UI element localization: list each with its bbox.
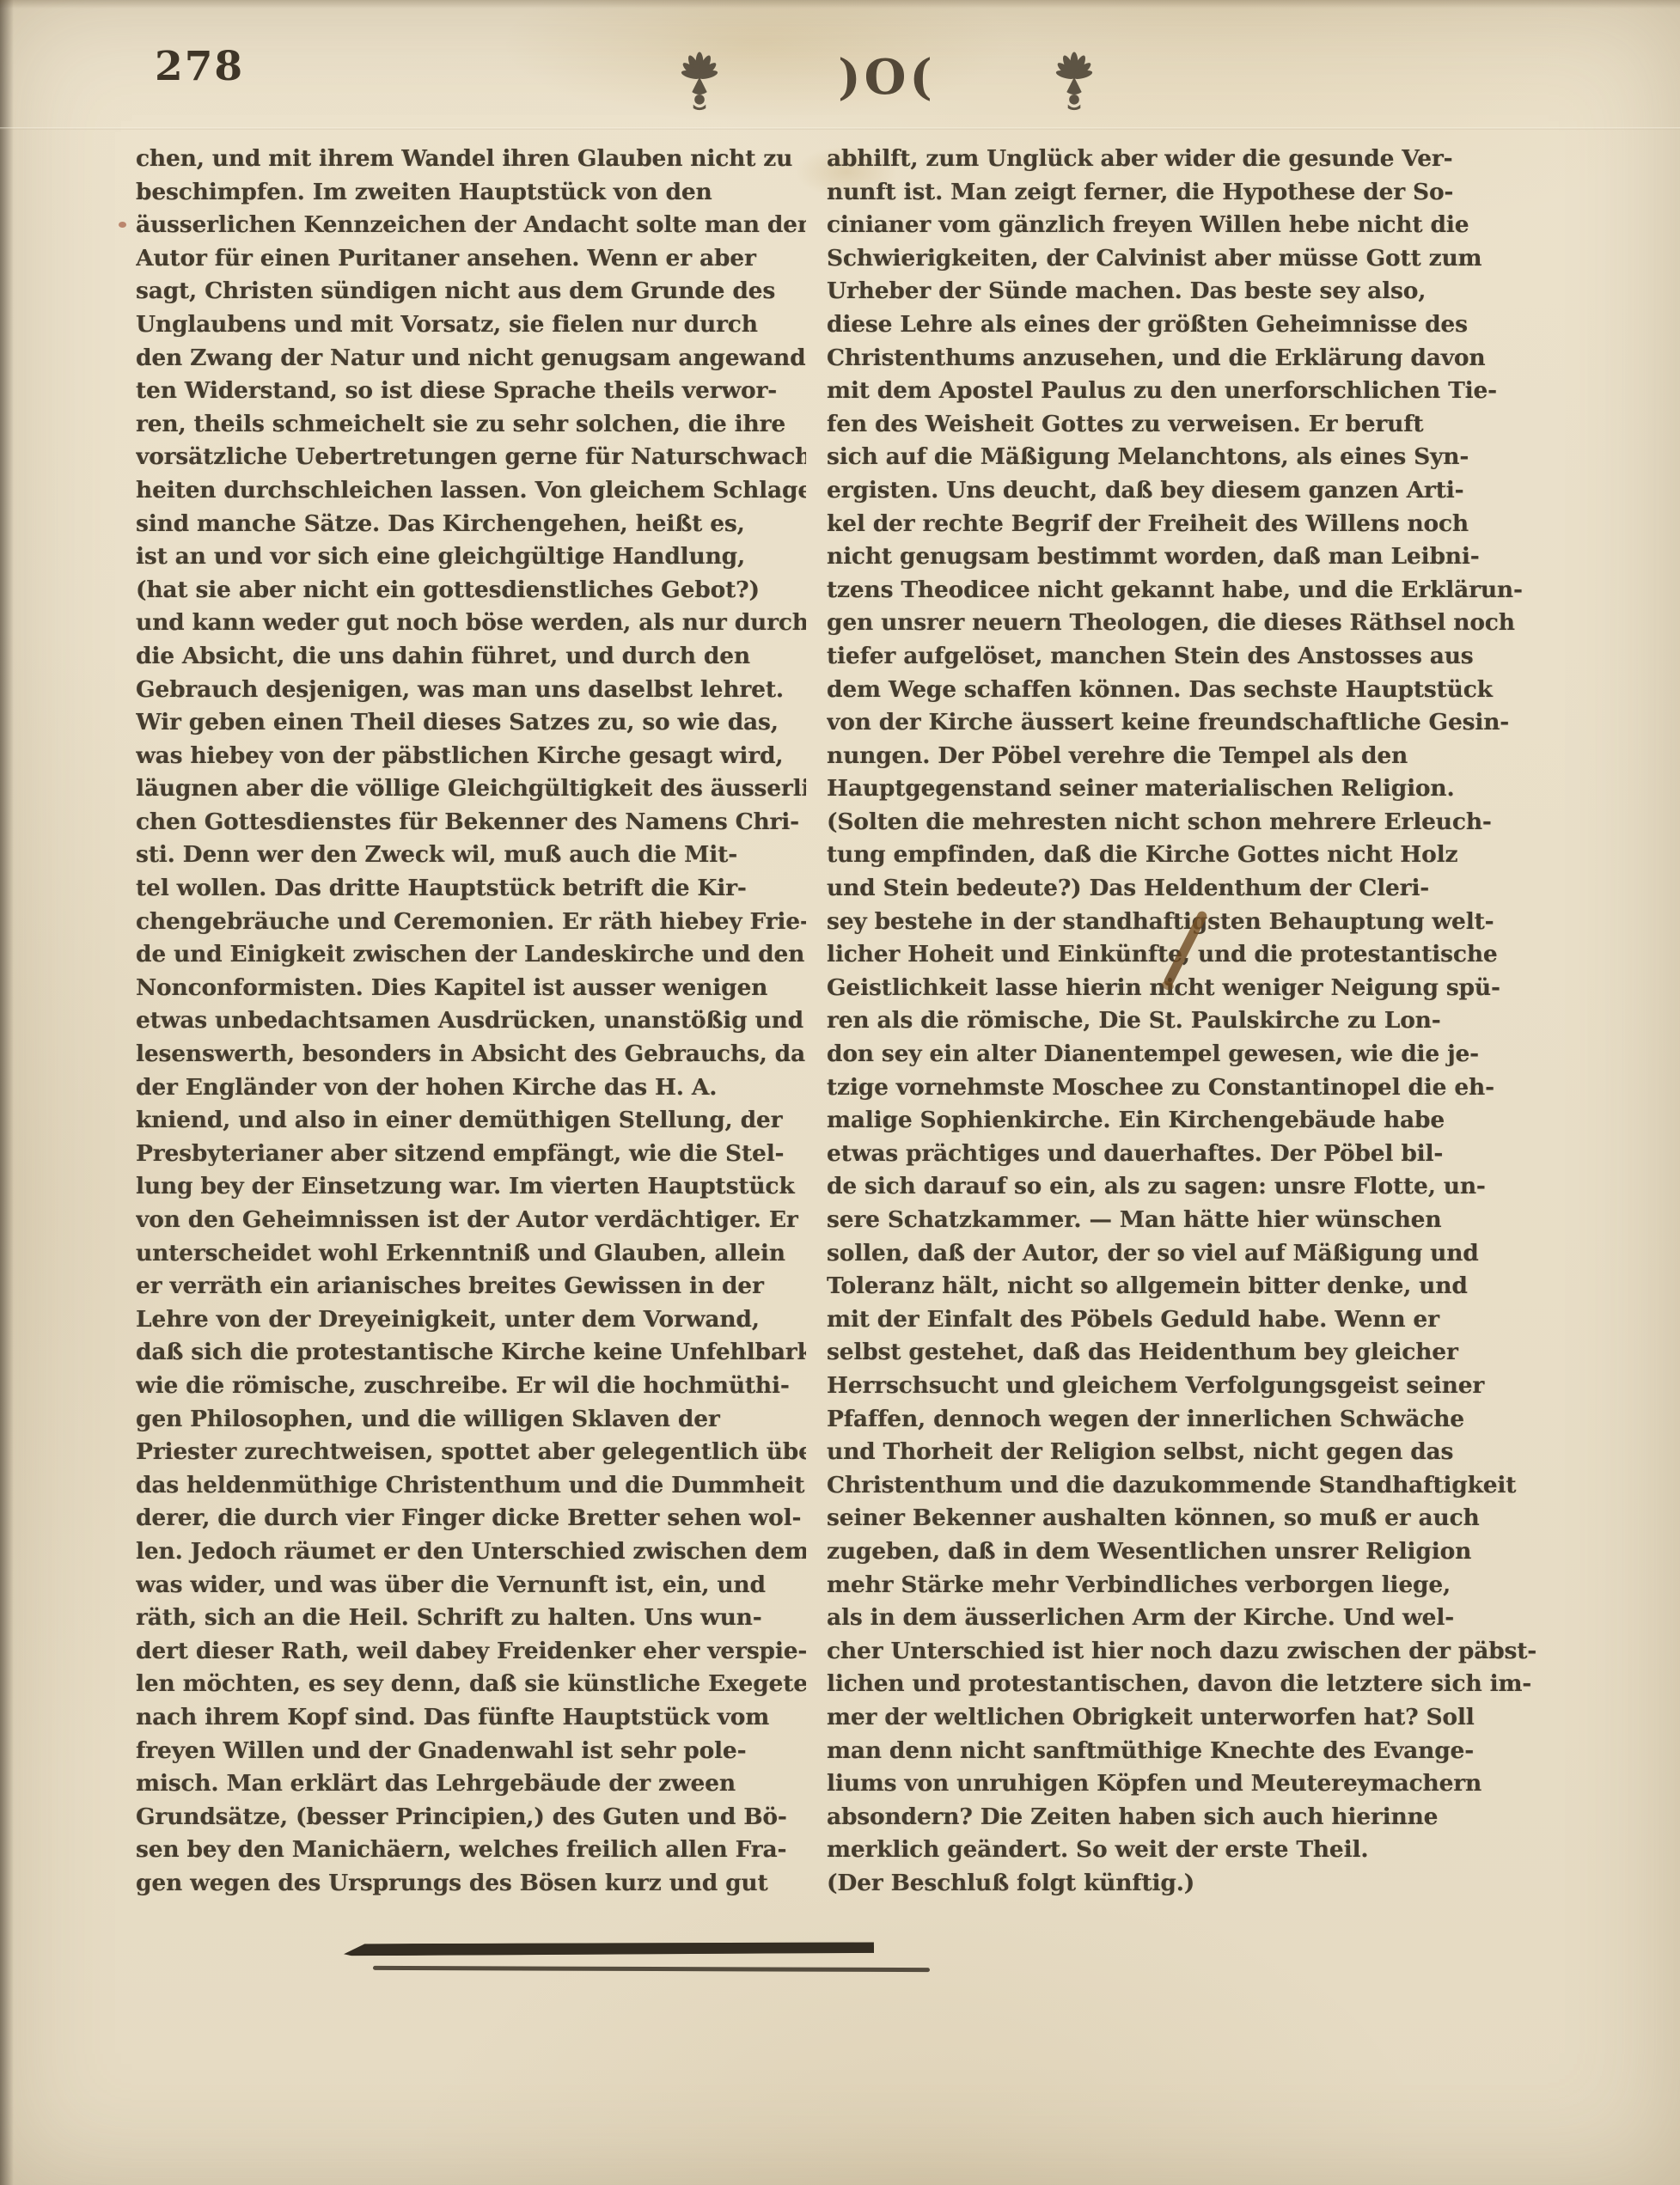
text-line: ergisten. Uns deucht, daß bey diesem gan… — [827, 474, 1553, 508]
text-line: tzige vornehmste Moschee zu Constantinop… — [827, 1071, 1553, 1105]
text-line: mit der Einfalt des Pöbels Geduld habe. … — [827, 1303, 1553, 1337]
text-line: kel der rechte Begrif der Freiheit des W… — [827, 508, 1553, 541]
text-line: chengebräuche und Ceremonien. Er räth hi… — [136, 906, 806, 939]
text-line: und Stein bedeute?) Das Heldenthum der C… — [827, 872, 1553, 906]
text-line: der Engländer von der hohen Kirche das H… — [136, 1071, 806, 1105]
text-line: derer, die durch vier Finger dicke Brett… — [136, 1502, 806, 1535]
text-line: was hiebey von der päbstlichen Kirche ge… — [136, 740, 806, 773]
text-line: etwas prächtiges und dauerhaftes. Der Pö… — [827, 1138, 1553, 1171]
text-line: und Thorheit der Religion selbst, nicht … — [827, 1436, 1553, 1469]
text-line: tiefer aufgelöset, manchen Stein des Ans… — [827, 640, 1553, 674]
signature-mark: )O( — [838, 49, 936, 106]
footer-rule-thin — [373, 1966, 930, 1972]
paper-crease — [0, 127, 1680, 130]
text-line: freyen Willen und der Gnadenwahl ist seh… — [136, 1735, 806, 1768]
text-line: Christenthum und die dazukommende Standh… — [827, 1469, 1553, 1503]
text-line: lesenswerth, besonders in Absicht des Ge… — [136, 1038, 806, 1071]
palmette-fan-icon — [672, 49, 727, 113]
page-top-edge-shadow — [0, 0, 1680, 9]
text-line: de sich darauf so ein, als zu sagen: uns… — [827, 1170, 1553, 1204]
text-line: nicht genugsam bestimmt worden, daß man … — [827, 540, 1553, 574]
text-line: misch. Man erklärt das Lehrgebäude der z… — [136, 1767, 806, 1801]
text-line: gen wegen des Ursprungs des Bösen kurz u… — [136, 1867, 806, 1901]
text-line: ist an und vor sich eine gleichgültige H… — [136, 540, 806, 574]
text-line: sagt, Christen sündigen nicht aus dem Gr… — [136, 275, 806, 308]
text-line: die Absicht, die uns dahin führet, und d… — [136, 640, 806, 674]
text-line: Schwierigkeiten, der Calvinist aber müss… — [827, 242, 1553, 276]
text-line: man denn nicht sanftmüthige Knechte des … — [827, 1735, 1553, 1768]
text-line: nunft ist. Man zeigt ferner, die Hypothe… — [827, 176, 1553, 210]
header-ornaments: )O( — [672, 41, 1102, 120]
text-line: Priester zurechtweisen, spottet aber gel… — [136, 1436, 806, 1469]
text-line: als in dem äusserlichen Arm der Kirche. … — [827, 1602, 1553, 1635]
text-line: heiten durchschleichen lassen. Von gleic… — [136, 474, 806, 508]
text-line: don sey ein alter Dianentempel gewesen, … — [827, 1038, 1553, 1071]
text-line: abhilft, zum Unglück aber wider die gesu… — [827, 143, 1553, 176]
closing-line: (Der Beschluß folgt künftig.) — [827, 1867, 1553, 1901]
text-line: ren als die römische, Die St. Paulskirch… — [827, 1004, 1553, 1038]
text-line: Herrschsucht und gleichem Verfolgungsgei… — [827, 1370, 1553, 1403]
text-line: mit dem Apostel Paulus zu den unerforsch… — [827, 375, 1553, 408]
text-line: Unglaubens und mit Vorsatz, sie fielen n… — [136, 308, 806, 342]
text-line: seiner Bekenner aushalten können, so muß… — [827, 1502, 1553, 1535]
text-line: daß sich die protestantische Kirche kein… — [136, 1336, 806, 1370]
text-line: sti. Denn wer den Zweck wil, muß auch di… — [136, 839, 806, 872]
scanned-book-page: { "page_number": "278", "header": { "lef… — [0, 0, 1680, 2185]
text-line: Gebrauch desjenigen, was man uns daselbs… — [136, 674, 806, 707]
text-line: beschimpfen. Im zweiten Hauptstück von d… — [136, 176, 806, 210]
text-line: unterscheidet wohl Erkenntniß und Glaube… — [136, 1237, 806, 1271]
text-line: zugeben, daß in dem Wesentlichen unsrer … — [827, 1535, 1553, 1569]
page-number: 278 — [155, 43, 244, 90]
text-line: läugnen aber die völlige Gleichgültigkei… — [136, 772, 806, 806]
text-line: ten Widerstand, so ist diese Sprache the… — [136, 375, 806, 408]
text-line: von den Geheimnissen ist der Autor verdä… — [136, 1204, 806, 1237]
text-line: kniend, und also in einer demüthigen Ste… — [136, 1104, 806, 1138]
text-line: von der Kirche äussert keine freundschaf… — [827, 706, 1553, 740]
text-line: was wider, und was über die Vernunft ist… — [136, 1569, 806, 1602]
text-line: Christenthums anzusehen, und die Erkläru… — [827, 342, 1553, 375]
text-line: Geistlichkeit lasse hierin nicht weniger… — [827, 972, 1553, 1005]
text-line: den Zwang der Natur und nicht genugsam a… — [136, 342, 806, 375]
text-line: sich auf die Mäßigung Melanchtons, als e… — [827, 441, 1553, 474]
text-line: ren, theils schmeichelt sie zu sehr solc… — [136, 408, 806, 442]
text-line: selbst gestehet, daß das Heidenthum bey … — [827, 1336, 1553, 1370]
text-line: Lehre von der Dreyeinigkeit, unter dem V… — [136, 1303, 806, 1337]
text-line: merklich geändert. So weit der erste The… — [827, 1834, 1553, 1867]
text-line: tzens Theodicee nicht gekannt habe, und … — [827, 574, 1553, 607]
text-line: Wir geben einen Theil dieses Satzes zu, … — [136, 706, 806, 740]
text-line: vorsätzliche Uebertretungen gerne für Na… — [136, 441, 806, 474]
footer-rule-thick — [344, 1942, 874, 1956]
text-line: Grundsätze, (besser Principien,) des Gut… — [136, 1801, 806, 1834]
text-line: sere Schatzkammer. — Man hätte hier wüns… — [827, 1204, 1553, 1237]
text-line: mehr Stärke mehr Verbindliches verborgen… — [827, 1569, 1553, 1602]
text-line: lung bey der Einsetzung war. Im vierten … — [136, 1170, 806, 1204]
text-line: Presbyterianer aber sitzend empfängt, wi… — [136, 1138, 806, 1171]
text-line: (Solten die mehresten nicht schon mehrer… — [827, 806, 1553, 839]
right-column-lines: abhilft, zum Unglück aber wider die gesu… — [827, 143, 1553, 1867]
text-line: das heldenmüthige Christenthum und die D… — [136, 1469, 806, 1503]
text-line: len möchten, es sey denn, daß sie künstl… — [136, 1668, 806, 1701]
text-line: sollen, daß der Autor, der so viel auf M… — [827, 1237, 1553, 1271]
text-line: malige Sophienkirche. Ein Kirchengebäude… — [827, 1104, 1553, 1138]
page-left-edge-shadow — [0, 0, 14, 2185]
text-line: absondern? Die Zeiten haben sich auch hi… — [827, 1801, 1553, 1834]
text-line: len. Jedoch räumet er den Unterschied zw… — [136, 1535, 806, 1569]
text-line: er verräth ein arianisches breites Gewis… — [136, 1270, 806, 1303]
text-line: cinianer vom gänzlich freyen Willen hebe… — [827, 209, 1553, 242]
text-line: dem Wege schaffen können. Das sechste Ha… — [827, 674, 1553, 707]
red-speck — [119, 222, 126, 228]
text-line: sen bey den Manichäern, welches freilich… — [136, 1834, 806, 1867]
text-line: Hauptgegenstand seiner materialischen Re… — [827, 772, 1553, 806]
text-line: Nonconformisten. Dies Kapitel ist ausser… — [136, 972, 806, 1005]
text-line: Urheber der Sünde machen. Das beste sey … — [827, 275, 1553, 308]
text-line: fen des Weisheit Gottes zu verweisen. Er… — [827, 408, 1553, 442]
text-line: wie die römische, zuschreibe. Er wil die… — [136, 1370, 806, 1403]
text-line: und kann weder gut noch böse werden, als… — [136, 607, 806, 640]
text-line: äusserlichen Kennzeichen der Andacht sol… — [136, 209, 806, 242]
right-text-column: abhilft, zum Unglück aber wider die gesu… — [827, 143, 1553, 1900]
text-line: mer der weltlichen Obrigkeit unterworfen… — [827, 1701, 1553, 1735]
text-line: (hat sie aber nicht ein gottesdienstlich… — [136, 574, 806, 607]
text-line: cher Unterschied ist hier noch dazu zwis… — [827, 1635, 1553, 1669]
text-line: chen Gottesdienstes für Bekenner des Nam… — [136, 806, 806, 839]
text-line: sind manche Sätze. Das Kirchengehen, hei… — [136, 508, 806, 541]
text-line: liums von unruhigen Köpfen und Meutereym… — [827, 1767, 1553, 1801]
text-line: chen, und mit ihrem Wandel ihren Glauben… — [136, 143, 806, 176]
palmette-fan-icon — [1047, 49, 1102, 113]
text-line: tung empfinden, daß die Kirche Gottes ni… — [827, 839, 1553, 872]
text-line: Autor für einen Puritaner ansehen. Wenn … — [136, 242, 806, 276]
left-text-column: chen, und mit ihrem Wandel ihren Glauben… — [136, 143, 806, 1900]
text-line: lichen und protestantischen, davon die l… — [827, 1668, 1553, 1701]
text-line: Toleranz hält, nicht so allgemein bitter… — [827, 1270, 1553, 1303]
text-line: etwas unbedachtsamen Ausdrücken, unanstö… — [136, 1004, 806, 1038]
text-line: tel wollen. Das dritte Hauptstück betrif… — [136, 872, 806, 906]
text-line: nungen. Der Pöbel verehre die Tempel als… — [827, 740, 1553, 773]
text-line: gen unsrer neuern Theologen, die dieses … — [827, 607, 1553, 640]
text-line: gen Philosophen, und die willigen Sklave… — [136, 1403, 806, 1437]
text-line: nach ihrem Kopf sind. Das fünfte Hauptst… — [136, 1701, 806, 1735]
text-line: de und Einigkeit zwischen der Landeskirc… — [136, 938, 806, 972]
text-line: räth, sich an die Heil. Schrift zu halte… — [136, 1602, 806, 1635]
text-line: diese Lehre als eines der größten Geheim… — [827, 308, 1553, 342]
text-line: dert dieser Rath, weil dabey Freidenker … — [136, 1635, 806, 1669]
text-line: Pfaffen, dennoch wegen der innerlichen S… — [827, 1403, 1553, 1437]
